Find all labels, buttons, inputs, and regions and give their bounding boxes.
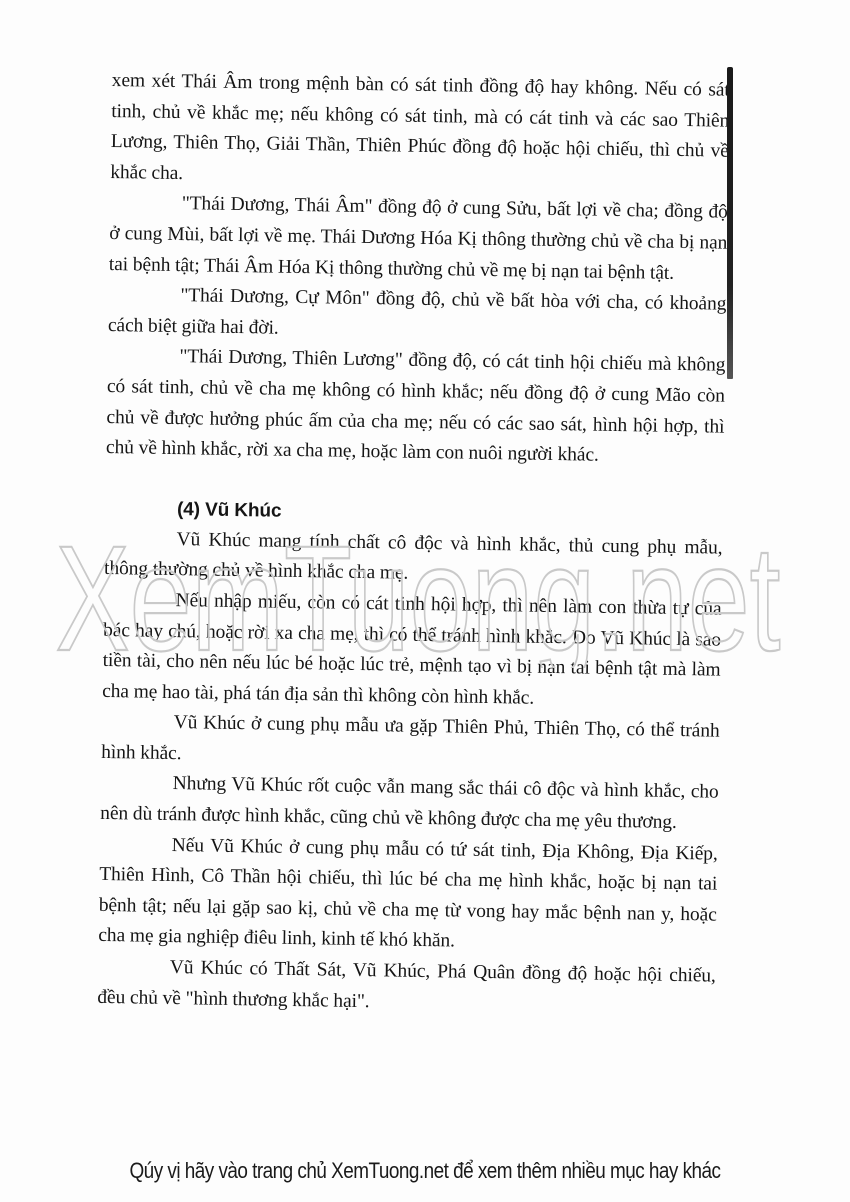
paragraph: Vũ Khúc ở cung phụ mẫu ưa gặp Thiên Phủ,… — [101, 707, 720, 778]
paragraph: Nhưng Vũ Khúc rốt cuộc vẫn mang sắc thái… — [100, 768, 719, 839]
paragraph: Nếu Vũ Khúc ở cung phụ mẫu có tứ sát tin… — [98, 830, 718, 962]
paragraph: xem xét Thái Âm trong mệnh bàn có sát ti… — [110, 66, 730, 198]
paragraph: "Thái Dương, Thái Âm" đồng độ ở cung Sửu… — [109, 188, 728, 289]
page-body: xem xét Thái Âm trong mệnh bàn có sát ti… — [97, 66, 730, 1023]
paragraph: Vũ Khúc mang tính chất cô độc và hình kh… — [104, 524, 723, 595]
footer-notice: Qúy vị hãy vào trang chủ XemTuong.net để… — [60, 1158, 791, 1184]
paragraph: Nếu nhập miếu, còn có cát tinh hội hợp, … — [102, 585, 722, 717]
section-vu-khuc: Vũ Khúc mang tính chất cô độc và hình kh… — [97, 524, 723, 1023]
paragraph: "Thái Dương, Cự Môn" đồng độ, chủ về bất… — [108, 280, 727, 351]
paragraph: "Thái Dương, Thiên Lương" đồng độ, có cá… — [106, 341, 726, 473]
paragraph: Vũ Khúc có Thất Sát, Vũ Khúc, Phá Quân đ… — [97, 952, 716, 1023]
section-thai-duong-thai-am: xem xét Thái Âm trong mệnh bàn có sát ti… — [106, 66, 730, 473]
scanned-page: xem xét Thái Âm trong mệnh bàn có sát ti… — [0, 0, 850, 1202]
margin-bar — [727, 67, 733, 379]
